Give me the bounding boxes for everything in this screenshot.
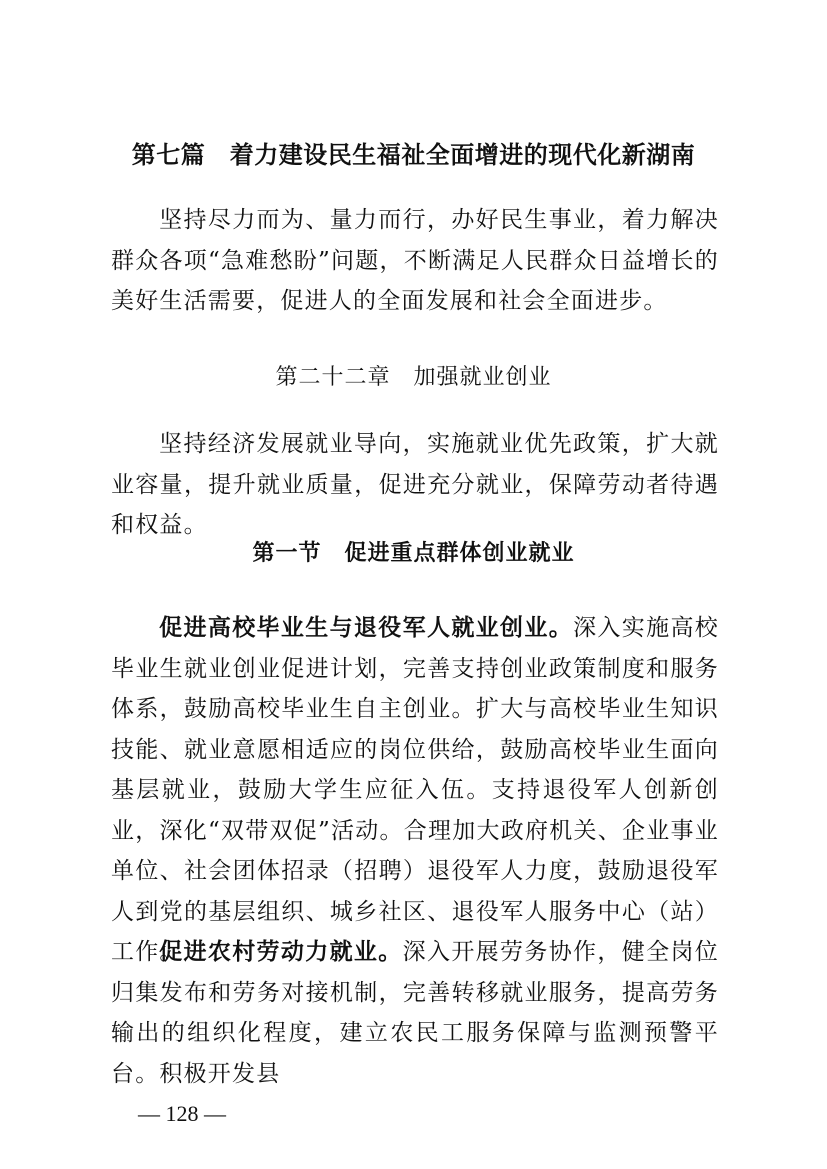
paragraph-lead: 促进农村劳动力就业。	[159, 939, 403, 965]
paragraph-text: 深入实施高校毕业生就业创业促进计划，完善支持创业政策制度和服务体系，鼓励高校毕业…	[111, 615, 719, 965]
section-title: 第一节 促进重点群体创业就业	[0, 538, 827, 570]
chapter-intro-text: 坚持经济发展就业导向，实施就业优先政策，扩大就业容量，提升就业质量，促进充分就业…	[111, 431, 719, 538]
document-page: 第七篇 着力建设民生福祉全面增进的现代化新湖南 坚持尽力而为、量力而行，办好民生…	[0, 0, 827, 1169]
body-paragraph-graduates-veterans: 促进高校毕业生与退役军人就业创业。深入实施高校毕业生就业创业促进计划，完善支持创…	[111, 608, 719, 973]
paragraph-lead: 促进高校毕业生与退役军人就业创业。	[159, 615, 573, 641]
chapter-title: 第二十二章 加强就业创业	[0, 362, 827, 394]
part-intro-text: 坚持尽力而为、量力而行，办好民生事业，着力解决群众各项“急难愁盼”问题，不断满足…	[111, 207, 719, 314]
part-intro-paragraph: 坚持尽力而为、量力而行，办好民生事业，着力解决群众各项“急难愁盼”问题，不断满足…	[111, 200, 719, 322]
body-paragraph-rural-labor: 促进农村劳动力就业。深入开展劳务协作，健全岗位归集发布和劳务对接机制，完善转移就…	[111, 932, 719, 1094]
page-number: — 128 —	[138, 1100, 226, 1128]
part-title: 第七篇 着力建设民生福祉全面增进的现代化新湖南	[0, 138, 827, 172]
chapter-intro-paragraph: 坚持经济发展就业导向，实施就业优先政策，扩大就业容量，提升就业质量，促进充分就业…	[111, 424, 719, 546]
